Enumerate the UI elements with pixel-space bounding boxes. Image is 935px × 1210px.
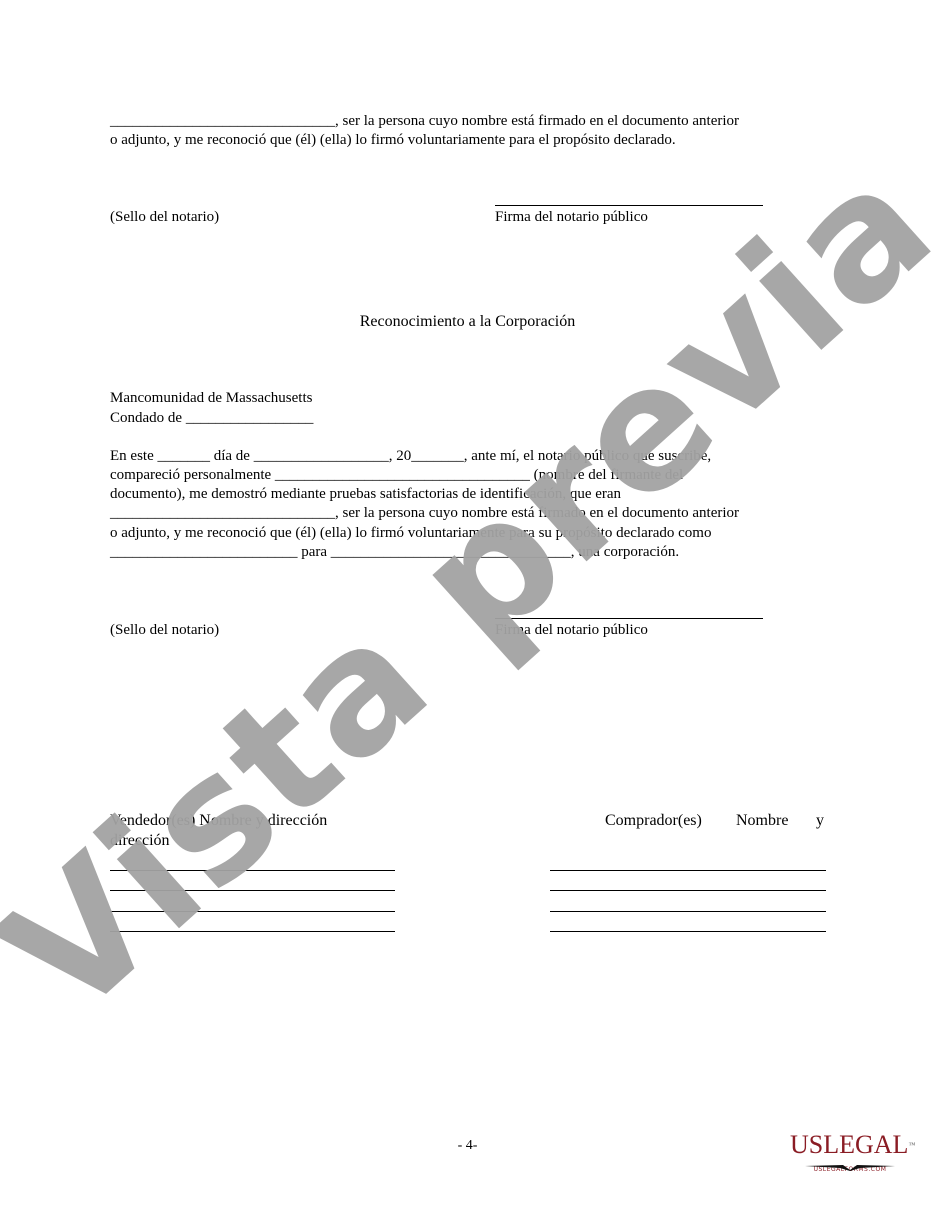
acknowledgment-text-line: _________________________ para _________… bbox=[110, 543, 679, 562]
seller-label-continued: dirección bbox=[110, 831, 170, 850]
buyer-label-word: Comprador(es) bbox=[605, 811, 702, 830]
notary-signature-label: Firma del notario público bbox=[495, 621, 648, 640]
preview-watermark: Vista previa bbox=[0, 124, 935, 1055]
uslegal-logo[interactable]: USLEGAL™ USLEGALFORMS.COM bbox=[790, 1132, 910, 1173]
acknowledgment-text-line: documento), me demostró mediante pruebas… bbox=[110, 485, 621, 504]
notary-signature-line[interactable] bbox=[495, 618, 763, 619]
acknowledgment-text-line: En este _______ día de _________________… bbox=[110, 447, 711, 466]
buyer-label-word: Nombre bbox=[736, 811, 788, 830]
acknowledgment-text-line: ______________________________, ser la p… bbox=[110, 112, 739, 131]
notary-signature-line[interactable] bbox=[495, 205, 763, 206]
notary-seal-label: (Sello del notario) bbox=[110, 621, 219, 640]
notary-signature-label: Firma del notario público bbox=[495, 208, 648, 227]
eagle-wings-icon bbox=[805, 1159, 895, 1165]
logo-text: USLEGAL bbox=[790, 1130, 908, 1159]
buyer-address-line[interactable] bbox=[550, 890, 826, 891]
seller-address-line[interactable] bbox=[110, 890, 395, 891]
acknowledgment-text-line: o adjunto, y me reconoció que (él) (ella… bbox=[110, 524, 711, 543]
buyer-address-line[interactable] bbox=[550, 911, 826, 912]
county-field[interactable]: Condado de _________________ bbox=[110, 409, 313, 428]
seller-label: Vendedor(es) Nombre y dirección bbox=[110, 811, 327, 830]
trademark-symbol: ™ bbox=[908, 1141, 915, 1149]
notary-seal-label: (Sello del notario) bbox=[110, 208, 219, 227]
seller-address-line[interactable] bbox=[110, 931, 395, 932]
seller-address-line[interactable] bbox=[110, 911, 395, 912]
buyer-label-word: y bbox=[816, 811, 824, 830]
acknowledgment-text-line: ______________________________, ser la p… bbox=[110, 504, 739, 523]
buyer-address-line[interactable] bbox=[550, 870, 826, 871]
state-label: Mancomunidad de Massachusetts bbox=[110, 389, 312, 408]
seller-address-line[interactable] bbox=[110, 870, 395, 871]
acknowledgment-text-line: compareció personalmente _______________… bbox=[110, 466, 683, 485]
section-title: Reconocimiento a la Corporación bbox=[0, 312, 935, 332]
acknowledgment-text-line: o adjunto, y me reconoció que (él) (ella… bbox=[110, 131, 676, 150]
buyer-address-line[interactable] bbox=[550, 931, 826, 932]
